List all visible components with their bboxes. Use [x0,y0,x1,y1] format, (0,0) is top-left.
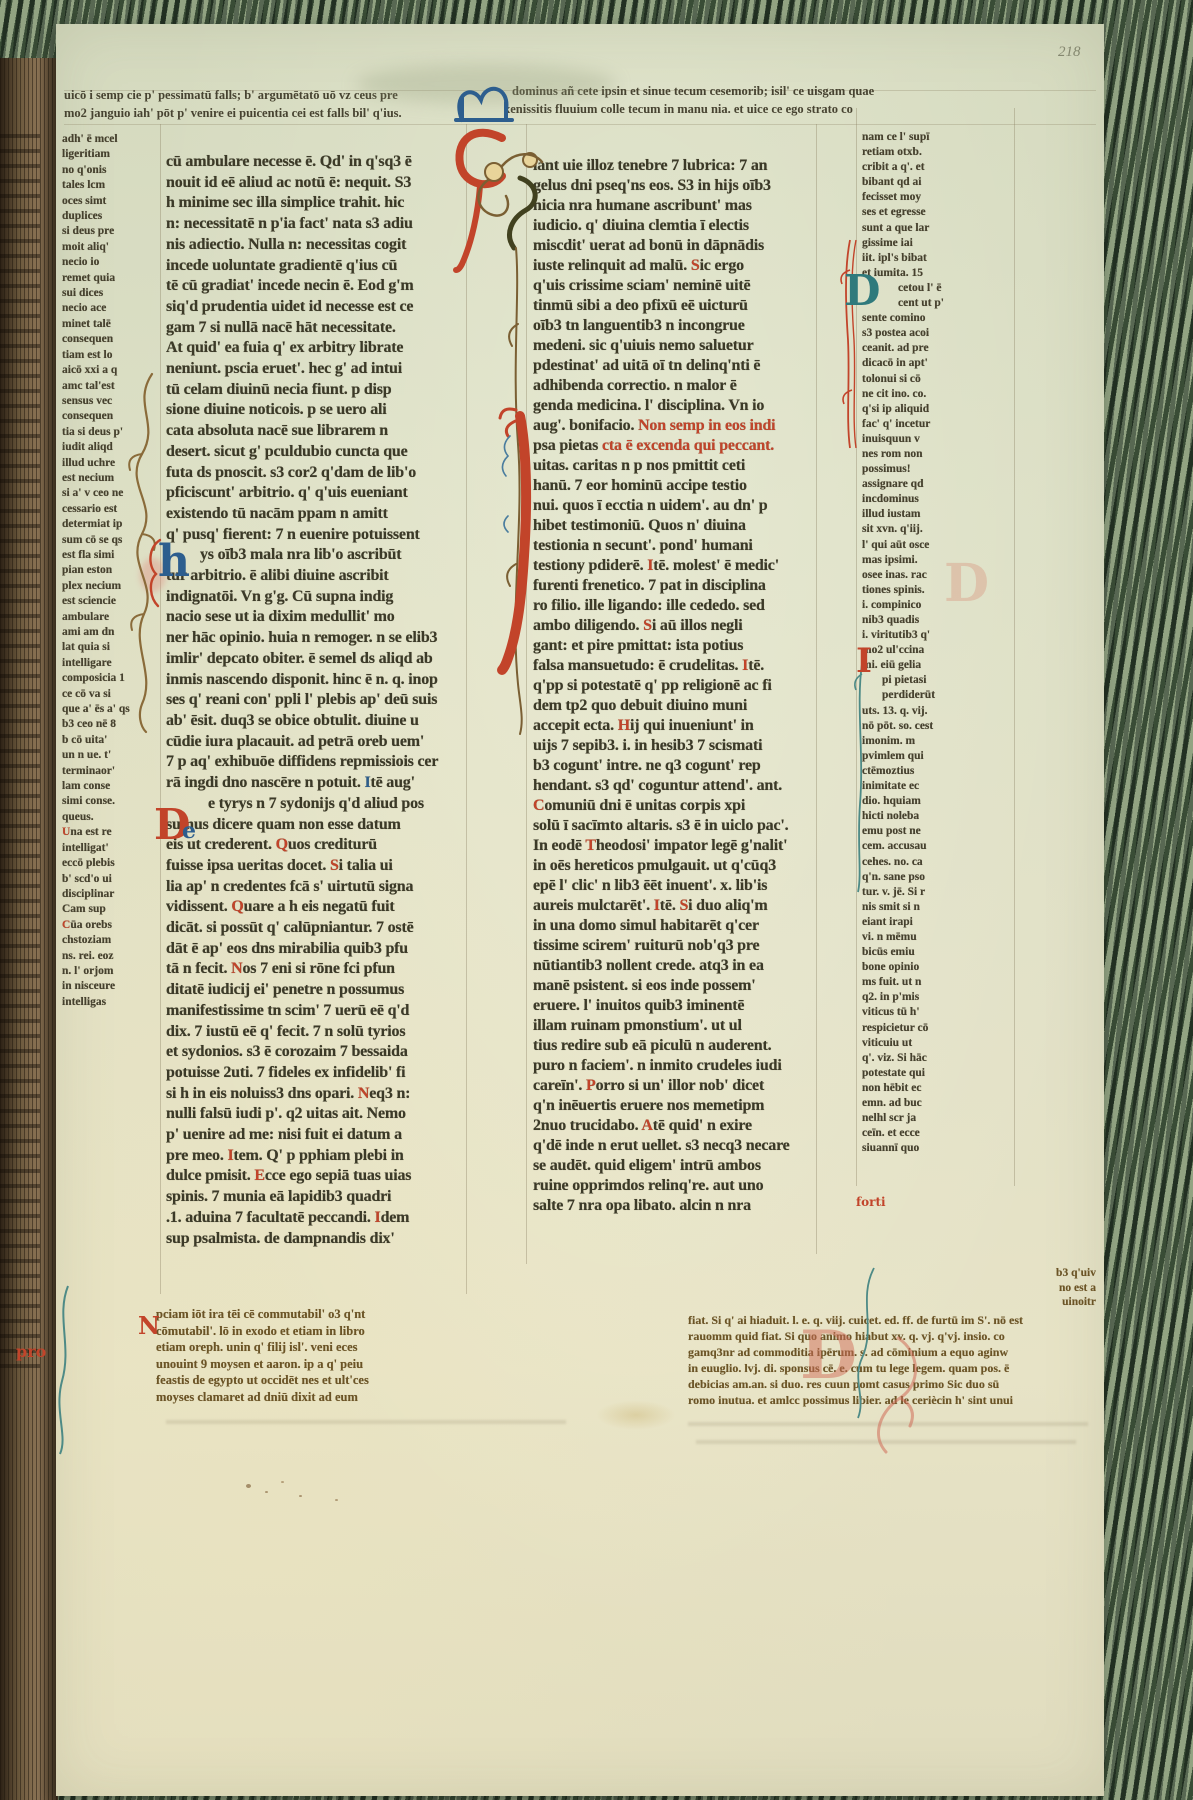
initial-n-red-bottom: N [138,1314,160,1338]
text-line: n: necessitatē n p'ia fact' nata s3 adiu [166,214,464,235]
right-margin-gloss: nam ce l' supīretiam otxb.cribit a q'. e… [862,130,1014,1162]
text-line: inmis nascendo disponit. hinc ē n. q. in… [166,670,464,691]
text-line: pi pietasi [862,673,1014,688]
text-line: q'. viz. Si hāc [862,1051,1014,1066]
text-line: xenissitis fluuium colle tecum in manu n… [504,102,1098,117]
text-line: nis adiectio. Nulla n: necessitas cogit [166,235,464,256]
text-line: dem tp2 quo debuit diuino muni [533,696,815,716]
bottom-annotation-left: pciam iōt ira tēi cē commutabil' o3 q'nt… [156,1306,586,1408]
text-line: chstoziam [62,933,162,948]
text-line: mi. eiū gelia [862,658,1014,673]
text-line: cata absoluta nacē sue librarem n [166,421,464,442]
text-line: l' qui aūt osce [862,538,1014,553]
ruling-line [64,124,1096,125]
text-line: solū ī sacīmto altaris. s3 ē in uiclo pa… [533,816,815,836]
main-text-column-right: iant uie illoz tenebre 7 lubrica: 7 ange… [533,156,815,1220]
text-line: cōmutabil'. lō in exodo et etiam in libr… [156,1323,586,1340]
text-line: tiones spinis. [862,583,1014,598]
text-line: cū ambulare necesse ē. Qd' in q'sq3 ē [166,152,464,173]
text-line: sente comino [862,311,1014,326]
showthrough-line [166,1420,566,1424]
text-line: eis ut crederent. Quos crediturū [166,835,464,856]
text-line: nacio sese ut ia dixim medullit' mo [166,607,464,628]
text-line: gant: et pire pmittat: ista potius [533,636,815,656]
text-line: h minime sec illa simplice trahit. hic [166,193,464,214]
text-line: dicacō in apt' [862,356,1014,371]
text-line: testiony pdiderē. Itē. molest' ē medic' [533,556,815,576]
text-line: i. viritutib3 q' [862,628,1014,643]
text-line: oīb3 tn languentib3 n incongrue [533,316,815,336]
text-line: si deus pre [62,224,162,239]
text-line: rā ingdi dno nascēre n potuit. Itē aug' [166,773,464,794]
text-line: dix. 7 iustū eē q' fecit. 7 n solū tyrio… [166,1022,464,1043]
margin-note-forti: forti [856,1196,886,1208]
parchment-stain [596,1400,676,1430]
text-line: cetou l' ē [862,281,1014,296]
text-line: Cam sup [62,902,162,917]
text-line: medeni. sic q'uiuis nemo saluetur [533,336,815,356]
text-line: salte 7 nra opa libato. alcin n nra [533,1196,815,1216]
text-line: viticus tū h' [862,1005,1014,1020]
header-gloss-line1-right: dominus añ cete ipsin et sinue tecum ces… [512,84,1098,99]
text-line: ner hāc opinio. huia n remoger. n se eli… [166,628,464,649]
text-line: iit. ipl's bibat [862,251,1014,266]
text-line: furenti frenetico. 7 pat in disciplina [533,576,815,596]
text-line: ruine opprimdos relinq're. aut uno [533,1176,815,1196]
text-line: gelus dni pseq'ns eos. S3 in hijs oīb3 [533,176,815,196]
text-line: hendant. s3 qd' coguntur attend'. ant. [533,776,815,796]
text-line: oces simt [62,194,162,209]
text-line: ligeritiam [62,147,162,162]
text-line: p' uenire ad me: nisi fuit ei datum a [166,1125,464,1146]
text-line: bibant qd ai [862,175,1014,190]
text-line: pre meo. Item. Q' p pphiam plebi in [166,1146,464,1167]
text-line: hicti noleba [862,809,1014,824]
text-line: 7 p aq' exhibuōe diffidens repmissiois c… [166,752,464,773]
ink-stain-speckles [236,1464,356,1524]
text-line: simi conse. [62,794,162,809]
text-line: cribit a q'. et [862,160,1014,175]
text-line: tiam est lo [62,348,162,363]
text-line: intelligat' [62,841,162,856]
text-line: feastis de egypto ut occidēt nes et ult'… [156,1372,586,1389]
text-line: incdominus [862,492,1014,507]
text-line: cehes. no. ca [862,855,1014,870]
text-line: inimitate ec [862,779,1014,794]
text-line: in nisceure [62,979,162,994]
text-line: q'uis crissime sciam' neminē uitē [533,276,815,296]
text-line: aug'. bonifacio. Non semp in eos indi [533,416,815,436]
text-line: At quid' ea fuia q' ex arbitry librate [166,338,464,359]
text-line: gam 7 si nullā nacē hāt necessitate. [166,318,464,339]
text-line: dio. hquiam [862,794,1014,809]
text-line: i. compinico [862,598,1014,613]
quire-note-pro: pro [16,1344,46,1360]
text-line: tū celam diuinū necia fiunt. p disp [166,380,464,401]
text-line: dominus añ cete ipsin et sinue tecum ces… [512,84,1098,99]
text-line: ro filio. ille ligando: ille cededo. sed [533,596,815,616]
text-line: tē cū gradiat' incede necin ē. Eod g'm [166,276,464,297]
text-line: hanū. 7 eor hominū accipe testio [533,476,815,496]
text-line: testionia n secunt'. pond' humani [533,536,815,556]
text-line: tur. v. jē. Si r [862,885,1014,900]
text-line: imlir' depcato obiter. ē semel ds aliqd … [166,649,464,670]
text-line: moit aliq' [62,240,162,255]
text-line: viticuiu ut [862,1036,1014,1051]
text-line: indignatōi. Vn g'g. Cū supna indig [166,587,464,608]
text-line: adhibenda correctio. n malor ē [533,376,815,396]
text-line: mas ipsimi. [862,553,1014,568]
text-line: fuisse ipsa ueritas docet. Si talia ui [166,856,464,877]
text-line: Comuniū dni ē unitas corpis xpi [533,796,815,816]
bottom-ornate-initial: D [800,1322,857,1388]
text-line: assignare qd [862,477,1014,492]
text-line: ctēmoztius [862,764,1014,779]
text-line: 2nuo trucidabo. Atē quid' n exire [533,1116,815,1136]
text-line: sione diuine noticois. p se uero ali [166,400,464,421]
text-line: nib3 quadis [862,613,1014,628]
text-line: siq'd prudentia uidet id necesse est ce [166,297,464,318]
text-line: uts. 13. q. vij. [862,704,1014,719]
text-line: ceīn. et ecce [862,1126,1014,1141]
text-line: siuannī quo [862,1141,1014,1156]
text-line: minet talē [62,317,162,332]
text-line: hibet testimoniū. Quos n' diuina [533,516,815,536]
text-line: careīn'. Porro si un' illor nob' dicet [533,1076,815,1096]
folio-number: 218 [1058,44,1081,61]
text-line: unouint 9 moysen et aaron. ip a q' peiu [156,1356,586,1373]
bottom-annotation-right-catch: b3 q'uivno est auinoitr [956,1266,1096,1312]
text-line: manē psistent. si eos inde possem' [533,976,815,996]
teal-penwork-descender [848,664,872,894]
text-line: pdestinat' ad uitā oī tn delinq'nti ē [533,356,815,376]
text-line: pvimlem qui [862,749,1014,764]
text-line: ses et egresse [862,205,1014,220]
text-line: sui dices [62,286,162,301]
text-line: ses q' reani con' ppli l' plebis ap' deū… [166,690,464,711]
text-line: uicō i semp cie p' pessimatū falls; b' a… [64,88,424,103]
text-line: q'pp si potestatē q' pp religionē ac fi [533,676,815,696]
text-line: spinis. 7 munia eā lapidib3 quadri [166,1187,464,1208]
text-line: nūtiantib3 nollent crede. atq3 in ea [533,956,815,976]
book-fore-edge [0,58,58,1800]
text-line: uitas. caritas n p nos pmittit ceti [533,456,815,476]
text-line: sumus dicere quam non esse datum [166,815,464,836]
text-line: cūdie iura placauit. ad petrā oreb uem' [166,732,464,753]
text-line: mo2 ul'ccina [862,643,1014,658]
text-line: tinmū sibi a deo pfixū eē uicturū [533,296,815,316]
text-line: b3 cogunt' intre. ne q3 cogunt' rep [533,756,815,776]
text-line: b3 q'uiv [956,1266,1096,1281]
text-line: osee inas. rac [862,568,1014,583]
text-line: epē l' clic' n lib3 ēēt inuent'. x. lib'… [533,876,815,896]
text-line: q'n inēuertis eruere nos memetipm [533,1096,815,1116]
text-line: falsa mansuetudo: ē crudelitas. Itē. [533,656,815,676]
text-line: tissime scirem' ruiturū nob'q3 pre [533,936,815,956]
gloss-initial-i-red: I [856,644,872,678]
text-line: vidissent. Quare a h eis negatū fuit [166,897,464,918]
text-line: pficiscunt' arbitrio. q' q'uis eueniant [166,483,464,504]
text-line: uinoitr [956,1295,1096,1310]
header-gloss-line2-left: mo2 janguio iah' pōt p' venire ei puicen… [64,106,424,121]
text-line: mo2 janguio iah' pōt p' venire ei puicen… [64,106,424,121]
text-line: potuisse 2uti. 7 fideles ex infidelib' f… [166,1063,464,1084]
text-line: In eodē Theodosi' impator legē g'nalit' [533,836,815,856]
text-line: no q'onis [62,163,162,178]
text-line: e tyrys n 7 sydonijs q'd aliud pos [166,794,464,815]
text-line: fac' q' incetur [862,417,1014,432]
text-line: sunt a que lar [862,221,1014,236]
text-line: queus. [62,810,162,825]
text-line: ys oīb3 mala nra lib'o ascribūt [166,545,464,566]
text-line: psa pietas cta ē excenda qui peccant. [533,436,815,456]
text-line: b cō uita' [62,733,162,748]
text-line: potestate qui [862,1066,1014,1081]
header-gloss-line2-right: xenissitis fluuium colle tecum in manu n… [504,102,1098,117]
text-line: iudicio. q' diuina clemtia ī electis [533,216,815,236]
text-line: sup psalmista. de dampnandis dix' [166,1229,464,1250]
text-line: q2. in p'mis [862,990,1014,1005]
ruling-line [1014,108,1015,1186]
text-line: eiant irapi [862,915,1014,930]
text-line: possimus! [862,462,1014,477]
text-line: eccō plebis [62,856,162,871]
text-line: necio io [62,255,162,270]
text-line: necio ace [62,301,162,316]
text-line: emu post ne [862,824,1014,839]
text-line: emn. ad buc [862,1096,1014,1111]
text-line: sit xvn. q'iij. [862,522,1014,537]
showthrough-initial: D [944,558,989,610]
text-line: bone opinio [862,960,1014,975]
text-line: tur arbitrio. ē alibi diuine ascribit [166,566,464,587]
text-line: perdiderūt [862,688,1014,703]
text-line: ne cit ino. co. [862,387,1014,402]
text-line: nicia nra humane ascribunt' mas [533,196,815,216]
text-line: fecisset moy [862,190,1014,205]
text-line: ambo diligendo. Si aū illos negli [533,616,815,636]
text-line: tā n fecit. Nos 7 eni si rōne fci pfun [166,959,464,980]
text-line: ceanit. ad pre [862,341,1014,356]
text-line: lia ap' n credentes fcā s' uirtutū signa [166,877,464,898]
text-line: nelhl scr ja [862,1111,1014,1126]
text-line: nulli falsū iudi p'. q2 uitas ait. Nemo [166,1104,464,1125]
text-line: in una domo simul habitarēt q'cer [533,916,815,936]
manuscript-page: 218 uicō i semp cie p' pessimatū falls; … [56,24,1104,1796]
text-line: et iumita. 15 [862,266,1014,281]
text-line: imonim. m [862,734,1014,749]
ruling-line [816,124,817,1254]
text-line: moyses clamaret ad dniū dixit ad eum [156,1389,586,1406]
text-line: se audēt. quid eligem' intrū ambos [533,1156,815,1176]
text-line: nes rom non [862,447,1014,462]
text-line: s3 postea acoi [862,326,1014,341]
text-line: dulce pmisit. Ecce ego sepiā tuas uias [166,1166,464,1187]
text-line: duplices [62,209,162,224]
text-line: futa ds pnoscit. s3 cor2 q'dam de lib'o [166,463,464,484]
text-line: .1. aduina 7 facultatē peccandi. Idem [166,1208,464,1229]
text-line: manifestissime tn scim' 7 uerū eē q'd [166,1001,464,1022]
text-line: q'n. sane pso [862,870,1014,885]
text-line: aureis mulctarēt'. Itē. Si duo aliq'm [533,896,815,916]
text-line: puro n faciem'. n inmito crudeles iudi [533,1056,815,1076]
text-line: disciplinar [62,887,162,902]
text-line: tius redire sub eā piculū n auderent. [533,1036,815,1056]
text-line: nis smit si n [862,900,1014,915]
text-line: nō pōt. so. cest [862,719,1014,734]
underlying-page-text-edge [0,128,40,1368]
text-line: un n ue. t' [62,748,162,763]
text-line: q'si ip aliquid [862,402,1014,417]
text-line: n. l' orjom [62,964,162,979]
text-line: tales lcm [62,178,162,193]
text-line: vi. n mēmu [862,930,1014,945]
text-line: bicūs emiu [862,945,1014,960]
text-line: dāt ē ap' eos dns mirabilia quib3 pfu [166,939,464,960]
text-line: genda medicina. l' disciplina. Vn io [533,396,815,416]
text-line: neniunt. pscia eruet'. hec g' ad intui [166,359,464,380]
text-line: nouit id eē aliud ac notū ē: nequit. S3 [166,173,464,194]
text-line: lam conse [62,779,162,794]
text-line: b' scd'o ui [62,872,162,887]
text-line: dicāt. si possūt q' calūpniantur. 7 ostē [166,918,464,939]
main-text-column-left: cū ambulare necesse ē. Qd' in q'sq3 ēnou… [166,152,464,1254]
red-i-initial-penwork [496,406,536,696]
text-line: inuisquun v [862,432,1014,447]
text-line: cem. accusau [862,839,1014,854]
text-line: terminaor' [62,764,162,779]
screenshot-canvas: 218 uicō i semp cie p' pessimatū falls; … [0,0,1193,1800]
text-line: iant uie illoz tenebre 7 lubrica: 7 an [533,156,815,176]
text-line: non hēbit ec [862,1081,1014,1096]
text-line: pciam iōt ira tēi cē commutabil' o3 q'nt [156,1306,586,1323]
text-line: ditatē iudicij ei' penetre n possumus [166,980,464,1001]
header-gloss-line1-left: uicō i semp cie p' pessimatū falls; b' a… [64,88,424,103]
text-line: ms fuit. ut n [862,975,1014,990]
text-line: Cūa orebs [62,918,162,933]
text-line: accepit ecta. Hij qui inueniunt' in [533,716,815,736]
text-line: etiam oreph. unin q' filij isl'. veni ec… [156,1339,586,1356]
text-line: in oēs hereticos pmulgauit. ut q'cūq3 [533,856,815,876]
bottom-left-flourish [44,1286,84,1456]
text-line: illud iustam [862,507,1014,522]
text-line: et sydonios. s3 ē corozaim 7 bessaida [166,1042,464,1063]
text-line: desert. sicut g' pculdubio cuncta que [166,442,464,463]
text-line: Una est re [62,825,162,840]
text-line: ab' ēsit. duq3 se obice obtulit. diuine … [166,711,464,732]
text-line: nam ce l' supī [862,130,1014,145]
text-line: nui. quos ī ecctia n uidem'. au dn' p [533,496,815,516]
text-line: no est a [956,1281,1096,1296]
text-line: illam ruinam pmonstium'. ut ul [533,1016,815,1036]
text-line: q'dē inde n erut uellet. s3 necq3 necare [533,1136,815,1156]
text-line: tolonui si cō [862,372,1014,387]
text-line: consequen [62,332,162,347]
text-line: iuste relinquit ad malū. Sic ergo [533,256,815,276]
text-line: cent ut p' [862,296,1014,311]
gloss-initial-d-teal: D [844,270,880,312]
text-line: retiam otxb. [862,145,1014,160]
text-line: uijs 7 sepib3. i. in hesib3 7 scismati [533,736,815,756]
initial-h-blue: h [158,540,190,584]
text-line: existendo tū nacām ppam n amitt [166,504,464,525]
text-line: miscdit' uerat ad bonū in dāpnādis [533,236,815,256]
initial-e-blue: e [182,820,196,842]
text-line: q' pusq' fierent: 7 n euenire potuissent [166,525,464,546]
text-line: remet quia [62,271,162,286]
text-line: eruere. l' inuitos quib3 iminentē [533,996,815,1016]
text-line: si h in eis noluiss3 dns opari. Neq3 n: [166,1084,464,1105]
text-line: adh' ē mcel [62,132,162,147]
text-line: incede uoluntate gradientē q'ius cū [166,256,464,277]
text-line: ns. rei. eoz [62,949,162,964]
text-line: respicietur cō [862,1021,1014,1036]
text-line: gissime iai [862,236,1014,251]
text-line: intelligas [62,995,162,1010]
